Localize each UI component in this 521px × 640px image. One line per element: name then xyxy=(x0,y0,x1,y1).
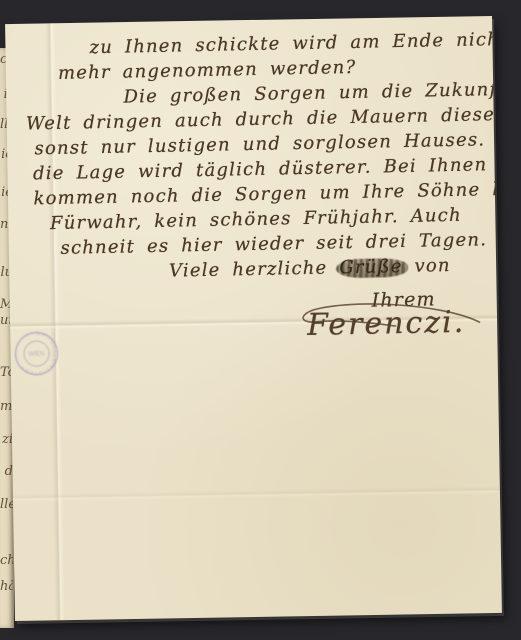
letter-line: mehr angenommen werden? xyxy=(58,57,357,85)
handwriting-layer: zu Ihnen schickte wird am Ende nicht meh… xyxy=(5,16,502,621)
cutoff-text-fragment: cht xyxy=(0,554,13,568)
cutoff-text-fragment: här xyxy=(0,580,13,594)
closing-suffix: von xyxy=(414,255,451,277)
letter-line: zu Ihnen schickte wird am Ende nicht xyxy=(89,29,502,59)
signature: Ferenczi. xyxy=(307,312,466,337)
letter-line: Die großen Sorgen um die Zukunft der xyxy=(123,78,502,109)
closing-prefix: Viele herzliche xyxy=(169,258,328,282)
crossed-out-word: Grüße xyxy=(339,256,403,279)
cutoff-text-fragment: d xyxy=(0,465,13,479)
scan-background: ch it lle ie ie noch. lu Man ung Töm mal… xyxy=(0,0,521,640)
cutoff-text-fragment: lles xyxy=(0,498,13,512)
letter-page: NATIONALBIBLIOTHEK WIEN zu Ihnen schickt… xyxy=(5,16,502,621)
letter-closing-line: Viele herzliche Grüße von xyxy=(169,255,451,283)
